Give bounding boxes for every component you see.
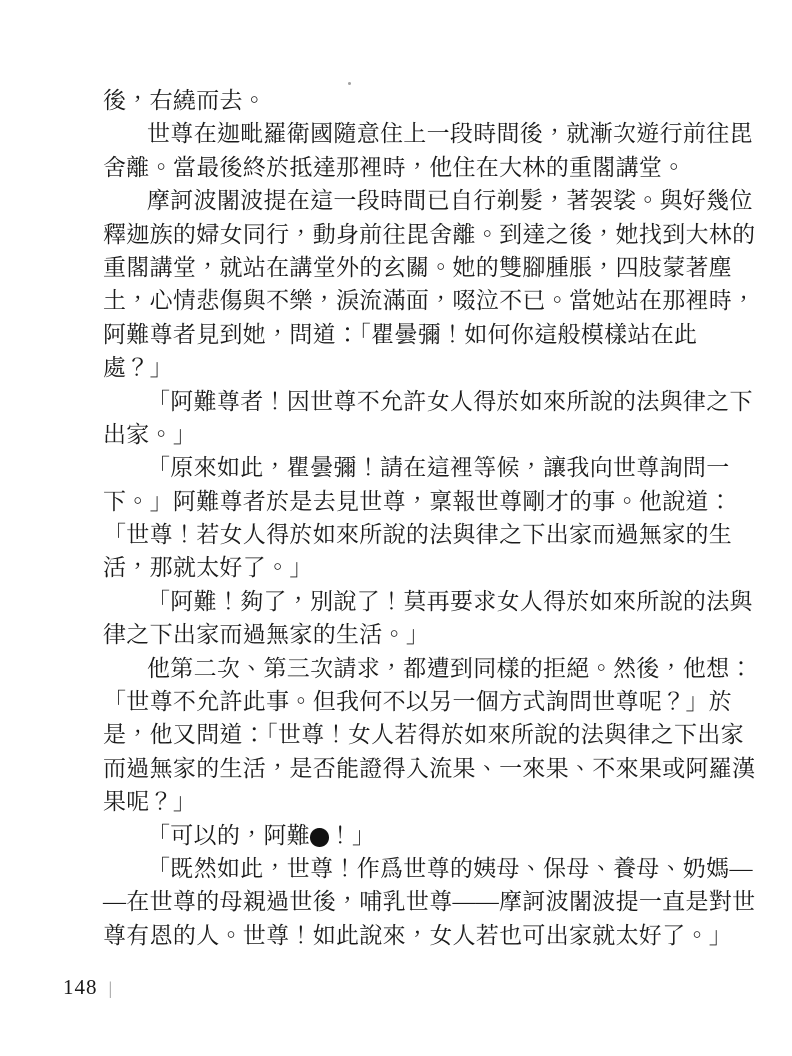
footnote-marker: 2 [310,828,329,847]
text-line: 「原來如此，瞿曇彌！請在這裡等候，讓我向世尊詢問一 [103,451,763,484]
text-line: 「阿難尊者！因世尊不允許女人得於如來所說的法與律之下 [103,385,763,418]
text-line: 「世尊不允許此事。但我何不以另一個方式詢問世尊呢？」於 [103,685,763,718]
text-line: 舍離。當最後終於抵達那裡時，他住在大林的重閣講堂。 [103,151,763,184]
text-line: 律之下出家而過無家的生活。」 [103,618,763,651]
body-text: 後，右繞而去。世尊在迦毗羅衛國隨意住上一段時間後，就漸次遊行前往毘舍離。當最後終… [103,84,763,952]
text-line: 活，那就太好了。」 [103,551,763,584]
text-line: —在世尊的母親過世後，哺乳世尊——摩訶波闍波提一直是對世 [103,885,763,918]
text-line: 世尊在迦毗羅衛國隨意住上一段時間後，就漸次遊行前往毘 [103,117,763,150]
text-line: 釋迦族的婦女同行，動身前往毘舍離。到達之後，她找到大林的 [103,218,763,251]
text-line: 是，他又問道：「世尊！女人若得於如來所說的法與律之下出家 [103,718,763,751]
text-line: 「既然如此，世尊！作爲世尊的姨母、保母、養母、奶媽— [103,852,763,885]
text-line: 他第二次、第三次請求，都遭到同樣的拒絕。然後，他想： [103,652,763,685]
text-line: 處？」 [103,351,763,384]
text-line: 出家。」 [103,418,763,451]
page-number: 148 [63,975,98,999]
text-line: 下。」阿難尊者於是去見世尊，稟報世尊剛才的事。他說道： [103,485,763,518]
text-line: 土，心情悲傷與不樂，淚流滿面，啜泣不已。當她站在那裡時， [103,284,763,317]
text-line: 摩訶波闍波提在這一段時間已自行剃髮，著袈裟。與好幾位 [103,184,763,217]
text-line: 「可以的，阿難2！」 [103,819,763,852]
text-line: 後，右繞而去。 [103,84,763,117]
text-line: 而過無家的生活，是否能證得入流果、一來果、不來果或阿羅漢 [103,752,763,785]
page-number-separator: | [109,978,114,998]
text-line: 尊有恩的人。世尊！如此說來，女人若也可出家就太好了。」 [103,919,763,952]
text-line: 阿難尊者見到她，問道：「瞿曇彌！如何你這般模樣站在此 [103,318,763,351]
text-line: 「世尊！若女人得於如來所說的法與律之下出家而過無家的生 [103,518,763,551]
text-line: 「阿難！夠了，別說了！莫再要求女人得於如來所說的法與 [103,585,763,618]
text-line: 重閣講堂，就站在講堂外的玄關。她的雙腳腫脹，四肢蒙著塵 [103,251,763,284]
text-line: 果呢？」 [103,785,763,818]
page-footer: 148| [63,975,113,1000]
book-page: 後，右繞而去。世尊在迦毗羅衛國隨意住上一段時間後，就漸次遊行前往毘舍離。當最後終… [0,0,792,1056]
